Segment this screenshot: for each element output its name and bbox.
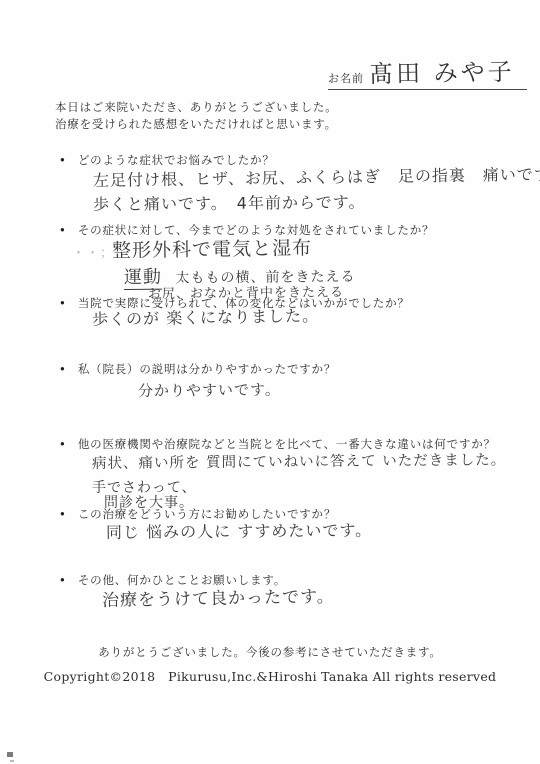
bullet-icon: ● [60, 226, 65, 234]
question-2-answer-line: 整形外科で電気と湿布 [112, 233, 312, 263]
bullet-icon: ● [60, 156, 65, 164]
name-field-label: お名前 [328, 70, 364, 86]
bullet-icon: ● [60, 299, 65, 307]
question-3-answer-line: 歩くのが 楽くになりました。 [92, 303, 319, 330]
intro-line-2: 治療を受けられた感想をいただければと思います。 [55, 116, 337, 132]
question-6-answer-line: 同じ 悩みの人に すすめたいです。 [106, 518, 372, 543]
faint-pen-marks: ・・； [72, 242, 114, 261]
scanned-feedback-form: お名前 髙田 みや子 本日はご来院いただき、ありがとうございました。 治療を受け… [0, 0, 540, 764]
question-4: ● 私（院長）の説明は分かりやすかったですか？ [60, 361, 336, 377]
bullet-icon: ● [60, 576, 65, 584]
scan-artifact [10, 760, 14, 762]
question-7-answer-line: 治療をうけて良かったです。 [102, 582, 335, 611]
bullet-icon: ● [60, 440, 65, 448]
question-5-answer-line: 病状、痛い所を 質問にていねいに答えて いただきました。 [92, 448, 506, 473]
closing-note: ありがとうございました。今後の参考にさせていただきます。 [0, 644, 540, 660]
question-1-answer-line: 歩くと痛いです。 4年前からです。 [93, 190, 366, 215]
scan-artifact [7, 752, 13, 757]
name-field: お名前 髙田 みや子 [328, 48, 527, 90]
bullet-icon: ● [60, 510, 65, 518]
question-4-answer-line: 分かりやすいです。 [138, 379, 281, 401]
question-4-label: 私（院長）の説明は分かりやすかったですか？ [78, 361, 336, 377]
name-field-value: 髙田 みや子 [369, 52, 515, 90]
copyright-notice: Copyright©2018 Pikurusu,Inc.&Hiroshi Tan… [0, 667, 540, 685]
intro-line-1: 本日はご来院いただき、ありがとうございました。 [55, 99, 337, 115]
bullet-icon: ● [60, 365, 65, 373]
